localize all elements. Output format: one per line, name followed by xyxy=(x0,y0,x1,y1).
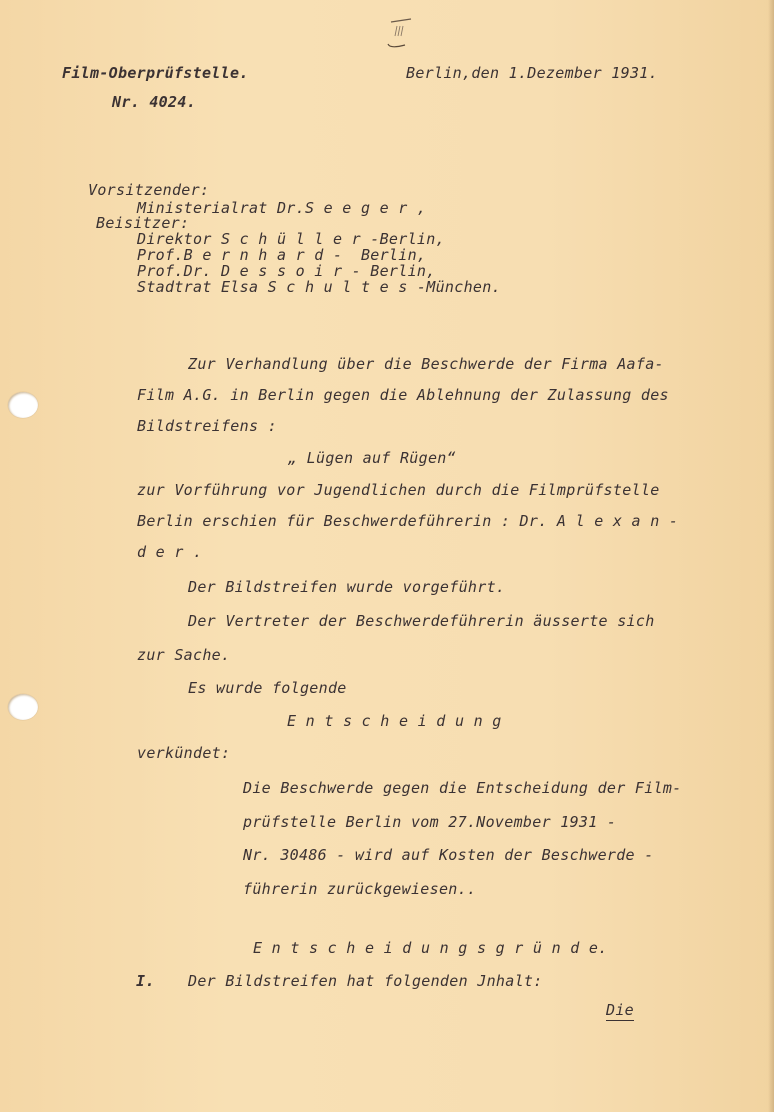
body-line: Der Vertreter der Beschwerdeführerin äus… xyxy=(188,612,655,630)
decision-heading: E n t s c h e i d u n g xyxy=(287,712,502,730)
section-number: I. xyxy=(136,972,155,990)
body-line: Zur Verhandlung über die Beschwerde der … xyxy=(188,355,664,373)
body-line: zur Vorführung vor Jugendlichen durch di… xyxy=(137,481,660,499)
film-title: „ Lügen auf Rügen“ xyxy=(288,449,456,467)
document-page: Film-Oberprüfstelle. Berlin,den 1.Dezemb… xyxy=(0,0,774,1112)
punch-hole xyxy=(8,392,38,418)
body-line: Film A.G. in Berlin gegen die Ablehnung … xyxy=(137,386,669,404)
page-catchword: Die xyxy=(606,1001,634,1019)
body-line: verkündet: xyxy=(137,744,230,762)
decision-line: Die Beschwerde gegen die Entscheidung de… xyxy=(243,779,682,797)
section-text: Der Bildstreifen hat folgenden Jnhalt: xyxy=(188,972,543,990)
reasons-heading: E n t s c h e i d u n g s g r ü n d e. xyxy=(253,939,608,957)
member-4: Stadtrat Elsa S c h u l t e s -München. xyxy=(137,278,501,296)
decision-line: Nr. 30486 - wird auf Kosten der Beschwer… xyxy=(243,846,654,864)
body-line: Berlin erschien für Beschwerdeführerin :… xyxy=(137,512,678,530)
reference-number: Nr. 4024. xyxy=(112,93,196,111)
punch-hole xyxy=(8,694,38,720)
office-name: Film-Oberprüfstelle. xyxy=(62,64,249,82)
body-line: d e r . xyxy=(137,543,202,561)
decision-line: führerin zurückgewiesen.. xyxy=(243,880,476,898)
decision-line: prüfstelle Berlin vom 27.November 1931 - xyxy=(243,813,616,831)
body-line: zur Sache. xyxy=(137,646,230,664)
page-edge-shadow xyxy=(768,0,774,1112)
place-date: Berlin,den 1.Dezember 1931. xyxy=(406,64,658,82)
body-line: Bildstreifens : xyxy=(137,417,277,435)
body-line: Der Bildstreifen wurde vorgeführt. xyxy=(188,578,505,596)
chair-label: Vorsitzender: xyxy=(88,183,209,198)
handwritten-roman-numeral-mark xyxy=(385,14,415,52)
body-line: Es wurde folgende xyxy=(188,679,347,697)
